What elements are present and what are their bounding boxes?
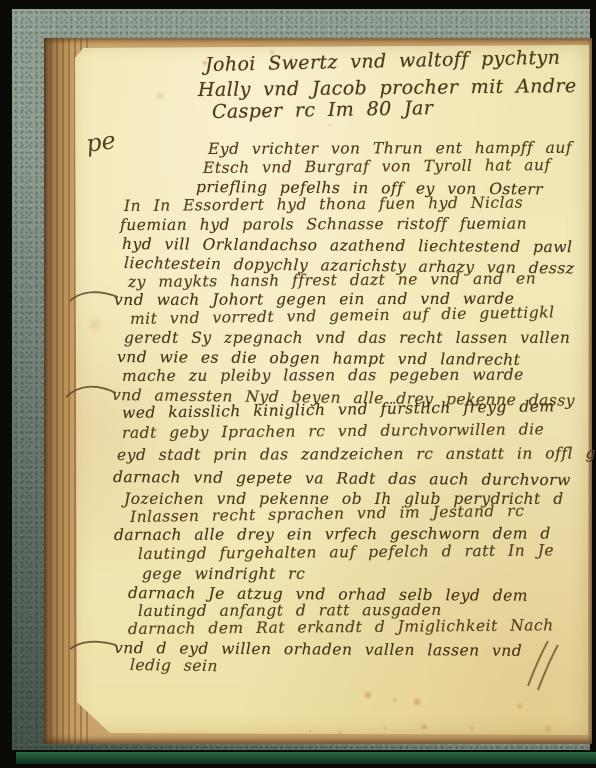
manuscript-page [70,42,589,736]
table-surface [16,752,596,764]
manuscript-photo: Johoi Swertz vnd waltoff pychtyn Hally v… [0,0,596,768]
